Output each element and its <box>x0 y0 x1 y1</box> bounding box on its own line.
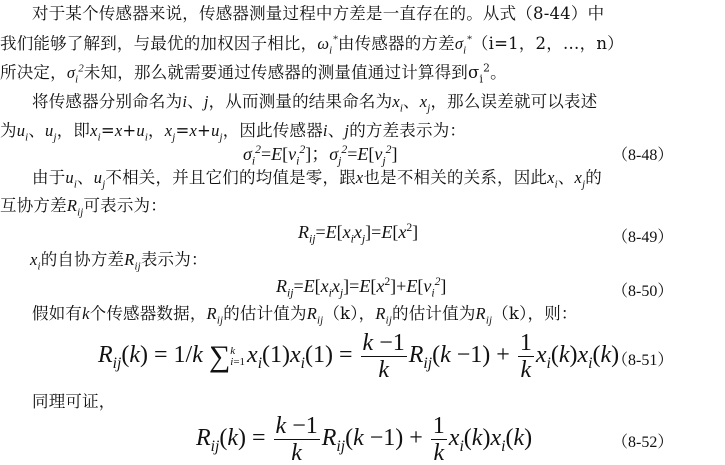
equation-number: （8-49） <box>612 224 673 247</box>
text: 的自协方差 <box>41 250 125 269</box>
equation-8-51: Rij(k) = 1/k ∑ki=1xi(1)xi(1) = k −1kRij(… <box>98 330 619 383</box>
text: 为 <box>0 121 17 140</box>
equation-8-48: σi2=E[vi2]；σj2=E[vj2] <box>243 140 397 166</box>
text: ，从而测量的结果命名为 <box>209 92 393 111</box>
paragraph-4: xi的自协方差Rij表示为： <box>30 250 208 270</box>
text: （k），则： <box>492 304 577 323</box>
text: 的估计值为 <box>392 304 476 323</box>
text: 表示为： <box>141 250 208 269</box>
equation-number: （8-52） <box>612 429 673 452</box>
paragraph-3-line-1: 由于ui、uj不相关，并且它们的均值是零，跟x也是不相关的关系，因此xi、xj的 <box>32 168 602 188</box>
paragraph-1-line-3: 所决定，σi2未知，那么就需要通过传感器的测量值通过计算得到σi2。 <box>0 63 507 83</box>
paragraph-3-line-2: 互协方差Rij可表示为： <box>0 196 167 216</box>
text: ，因此传感器 <box>223 121 323 140</box>
paragraph-2-line-1: 将传感器分别命名为i、j，从而测量的结果命名为xi、xj，那么误差就可以表述 <box>32 92 597 112</box>
equation-number: （8-50） <box>612 278 673 301</box>
text: 同理可证， <box>32 392 116 411</box>
text: 个传感器数据， <box>90 304 207 323</box>
paragraph-5: 假如有k个传感器数据，Rij的估计值为Rij（k），Rij的估计值为Rij（k）… <box>32 304 578 324</box>
text: 我们能够了解到，与最优的加权因子相比， <box>0 34 317 53</box>
equation-8-52: Rij(k) = k −1kRij(k −1) + 1kxi(k)xi(k) <box>196 413 532 465</box>
text: 由传感器的方差 <box>338 34 455 53</box>
text: 不相关，并且它们的均值是零，跟 <box>105 168 356 187</box>
text: 对于某个传感器来说，传感器测量过程中方差是一直存在的。从式（8-44）中 <box>32 4 604 23</box>
paragraph-1-line-1: 对于某个传感器来说，传感器测量过程中方差是一直存在的。从式（8-44）中 <box>32 4 604 24</box>
document-page: 对于某个传感器来说，传感器测量过程中方差是一直存在的。从式（8-44）中 我们能… <box>0 0 725 465</box>
paragraph-1-line-2: 我们能够了解到，与最优的加权因子相比，ωi*由传感器的方差σi*（i=1，2，…… <box>0 34 624 54</box>
text: 也是不相关的关系，因此 <box>363 168 547 187</box>
text: 可表示为： <box>83 196 167 215</box>
text: 的 <box>585 168 602 187</box>
text: ，那么误差就可以表述 <box>430 92 597 111</box>
text: 由于 <box>32 168 65 187</box>
equation-number: （8-48） <box>612 142 673 165</box>
equation-number: （8-51） <box>612 347 673 370</box>
paragraph-6: 同理可证， <box>32 392 116 412</box>
text: 未知，那么就需要通过传感器的测量值通过计算得到σ <box>84 63 480 82</box>
text: 假如有 <box>32 304 82 323</box>
text: （i=1，2，…，n） <box>472 34 624 53</box>
text: 。 <box>490 63 507 82</box>
paragraph-2-line-2: 为ui、uj，即xi=x+ui，xj=x+uj，因此传感器i、j的方差表示为： <box>0 121 466 141</box>
text: 的方差表示为： <box>349 121 466 140</box>
text: 的估计值为 <box>223 304 307 323</box>
text: 将传感器分别命名为 <box>32 92 182 111</box>
text: 互协方差 <box>0 196 67 215</box>
text: ，即 <box>57 121 90 140</box>
equation-8-49: Rij=E[xixj]=E[x2] <box>298 222 418 243</box>
text: （k）， <box>323 304 375 323</box>
equation-8-50: Rij=E[xixj]=E[x2]+E[vi2] <box>276 276 446 297</box>
text: 所决定， <box>0 63 67 82</box>
